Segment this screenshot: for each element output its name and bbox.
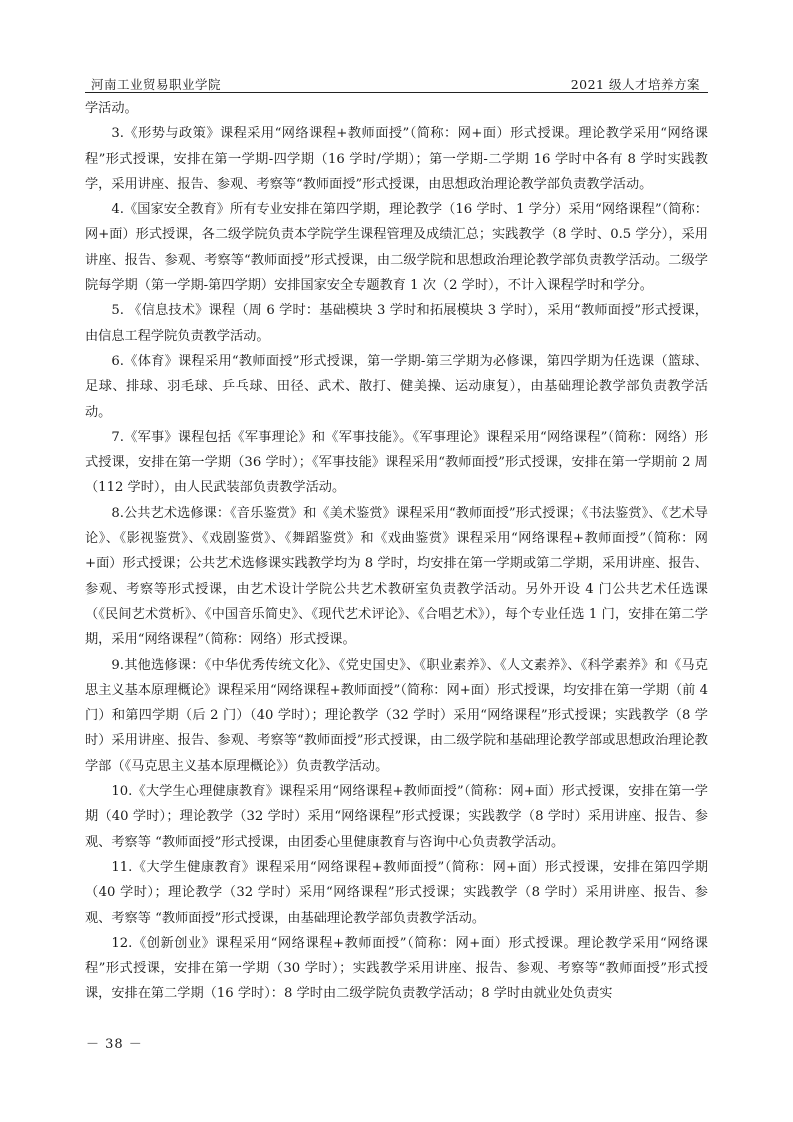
paragraph: 9.其他选修课：《中华优秀传统文化》、《党史国史》、《职业素养》、《人文素养》、… xyxy=(85,653,708,779)
paragraph: 8.公共艺术选修课：《音乐鉴赏》和《美术鉴赏》课程采用“教师面授”形式授课；《书… xyxy=(85,501,708,653)
header-document-title: 2021 级人才培养方案 xyxy=(571,75,700,93)
paragraph: 4.《国家安全教育》所有专业安排在第四学期，理论教学（16 学时、1 学分）采用… xyxy=(85,197,708,298)
paragraph: 6.《体育》课程采用“教师面授”形式授课，第一学期-第三学期为必修课，第四学期为… xyxy=(85,349,708,425)
document-body: 学活动。 3.《形势与政策》课程采用“网络课程+教师面授”（简称：网+面）形式授… xyxy=(85,96,708,1007)
running-header: 河南工业贸易职业学院 2021 级人才培养方案 xyxy=(85,74,708,93)
page-number: － 38 － xyxy=(86,1033,143,1052)
paragraph: 11.《大学生健康教育》课程采用“网络课程+教师面授”（简称：网+面）形式授课，… xyxy=(85,855,708,931)
paragraph: 12.《创新创业》课程采用“网络课程+教师面授”（简称：网+面）形式授课。理论教… xyxy=(85,931,708,1007)
paragraph: 3.《形势与政策》课程采用“网络课程+教师面授”（简称：网+面）形式授课。理论教… xyxy=(85,121,708,197)
paragraph: 5. 《信息技术》课程（周 6 学时：基础模块 3 学时和拓展模块 3 学时），… xyxy=(85,298,708,349)
paragraph: 学活动。 xyxy=(85,96,708,121)
paragraph: 7.《军事》课程包括《军事理论》和《军事技能》。《军事理论》课程采用“网络课程”… xyxy=(85,425,708,501)
paragraph: 10.《大学生心理健康教育》课程采用“网络课程+教师面授”（简称：网+面）形式授… xyxy=(85,779,708,855)
header-institution: 河南工业贸易职业学院 xyxy=(91,75,221,93)
